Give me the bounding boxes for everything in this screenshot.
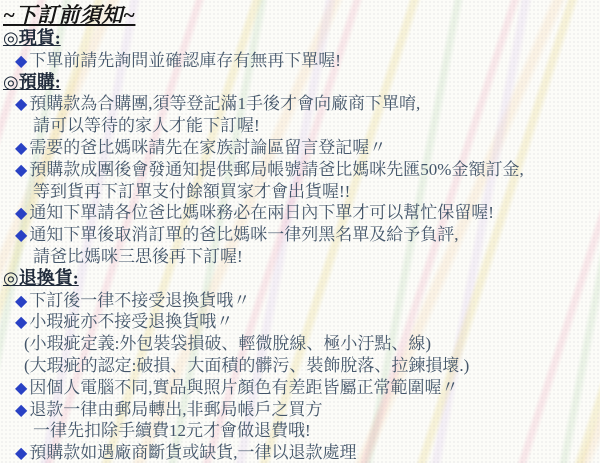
- diamond-bullet-icon: ◆: [15, 203, 29, 222]
- diamond-bullet-icon: ◆: [15, 291, 29, 310]
- notice-text: 預購款為合購團,須等登記滿1手後才會向廠商下單唷,: [29, 94, 420, 113]
- notice-text: 小瑕疵亦不接受退換貨哦〃: [29, 312, 233, 331]
- diamond-bullet-icon: ◆: [15, 400, 29, 419]
- notice-text: 請可以等待的家人才能下訂喔!: [33, 116, 260, 135]
- notice-text: 請爸比媽咪三思後再下訂喔!: [33, 247, 243, 266]
- notice-line: ◆預購款為合購團,須等登記滿1手後才會向廠商下單唷,: [3, 93, 600, 115]
- notice-text: 通知下單後取消訂單的爸比媽咪一律列黑名單及給予負評,: [29, 225, 458, 244]
- notice-text: 預購款成團後會發通知提供郵局帳號請爸比媽咪先匯50%金額訂金,: [29, 160, 523, 179]
- notice-line: 等到貨再下訂單支付餘額買家才會出貨喔!!: [3, 181, 600, 203]
- notice-line: ◆下單前請先詢問並確認庫存有無再下單喔!: [3, 50, 600, 72]
- notice-text: 通知下單請各位爸比媽咪務必在兩日內下單才可以幫忙保留喔!: [29, 203, 494, 222]
- notice-line: ◆退款一律由郵局轉出,非郵局帳戶之買方: [3, 399, 600, 421]
- diamond-bullet-icon: ◆: [15, 51, 29, 70]
- section-heading-in-stock: ◎現貨:: [3, 28, 600, 50]
- notice-line: 一律先扣除手續費12元才會做退費哦!: [3, 420, 600, 442]
- notice-text: 一律先扣除手續費12元才會做退費哦!: [33, 421, 311, 440]
- notice-page: ~下訂前須知~ ◎現貨: ◆下單前請先詢問並確認庫存有無再下單喔! ◎預購: ◆…: [0, 0, 600, 463]
- notice-line: 請可以等待的家人才能下訂喔!: [3, 115, 600, 137]
- notice-line: ◆需要的爸比媽咪請先在家族討論區留言登記喔〃: [3, 137, 600, 159]
- notice-content: ~下訂前須知~ ◎現貨: ◆下單前請先詢問並確認庫存有無再下單喔! ◎預購: ◆…: [0, 0, 600, 463]
- page-title: ~下訂前須知~: [3, 2, 600, 28]
- notice-line: 請爸比媽咪三思後再下訂喔!: [3, 246, 600, 268]
- notice-line: (大瑕疵的認定:破損、大面積的髒污、裝飾脫落、拉鍊損壞.): [3, 355, 600, 377]
- notice-text: 等到貨再下訂單支付餘額買家才會出貨喔!!: [33, 182, 350, 201]
- diamond-bullet-icon: ◆: [15, 378, 29, 397]
- notice-text: 需要的爸比媽咪請先在家族討論區留言登記喔〃: [29, 138, 386, 157]
- notice-line: (小瑕疵定義:外包裝袋損破、輕微脫線、極小汙點、線): [3, 333, 600, 355]
- notice-line: ◆下訂後一律不接受退換貨哦〃: [3, 290, 600, 312]
- notice-text: 下單前請先詢問並確認庫存有無再下單喔!: [29, 51, 341, 70]
- notice-text: (小瑕疵定義:外包裝袋損破、輕微脫線、極小汙點、線): [24, 334, 431, 353]
- notice-line: ◆小瑕疵亦不接受退換貨哦〃: [3, 311, 600, 333]
- notice-line: ◆因個人電腦不同,實品與照片顏色有差距皆屬正常範圍喔〃: [3, 377, 600, 399]
- notice-line: ◆通知下單後取消訂單的爸比媽咪一律列黑名單及給予負評,: [3, 224, 600, 246]
- diamond-bullet-icon: ◆: [15, 138, 29, 157]
- section-heading-returns: ◎退換貨:: [3, 268, 600, 290]
- notice-text: 退款一律由郵局轉出,非郵局帳戶之買方: [29, 400, 322, 419]
- section-heading-preorder: ◎預購:: [3, 72, 600, 94]
- notice-line: ◆預購款如遇廠商斷貨或缺貨,一律以退款處理: [3, 442, 600, 463]
- notice-text: (大瑕疵的認定:破損、大面積的髒污、裝飾脫落、拉鍊損壞.): [24, 356, 469, 375]
- notice-text: 預購款如遇廠商斷貨或缺貨,一律以退款處理: [29, 443, 356, 462]
- notice-line: ◆預購款成團後會發通知提供郵局帳號請爸比媽咪先匯50%金額訂金,: [3, 159, 600, 181]
- diamond-bullet-icon: ◆: [15, 312, 29, 331]
- notice-text: 因個人電腦不同,實品與照片顏色有差距皆屬正常範圍喔〃: [29, 378, 458, 397]
- diamond-bullet-icon: ◆: [15, 443, 29, 462]
- diamond-bullet-icon: ◆: [15, 160, 29, 179]
- notice-text: 下訂後一律不接受退換貨哦〃: [29, 291, 250, 310]
- diamond-bullet-icon: ◆: [15, 94, 29, 113]
- diamond-bullet-icon: ◆: [15, 225, 29, 244]
- notice-line: ◆通知下單請各位爸比媽咪務必在兩日內下單才可以幫忙保留喔!: [3, 202, 600, 224]
